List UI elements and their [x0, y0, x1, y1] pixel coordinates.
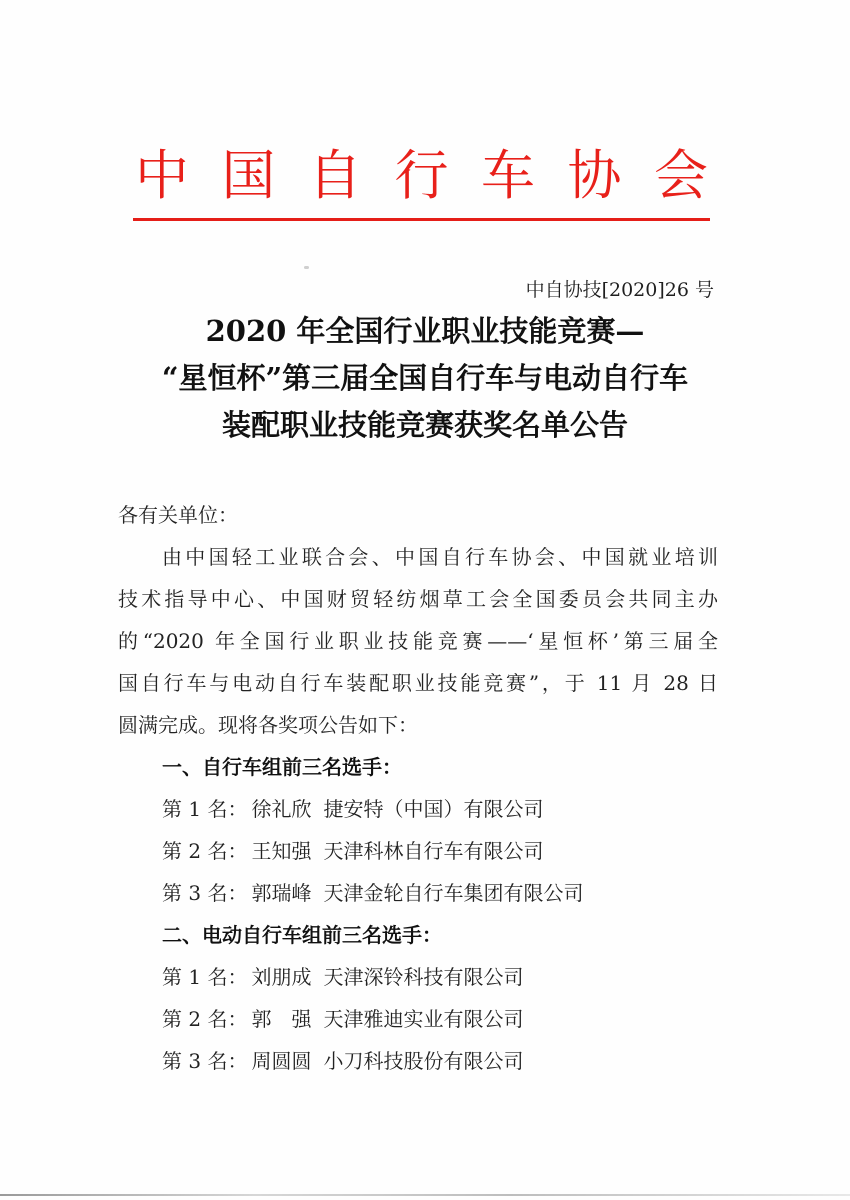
award-rank: 第 2 名：: [162, 998, 247, 1040]
award-company: 天津科林自行车有限公司: [323, 830, 543, 872]
letterhead-char: 协: [566, 138, 624, 214]
letterhead-char: 会: [652, 138, 710, 214]
paragraph-line: 国自行车与电动自行车装配职业技能竞赛”，于 11 月 28 日: [118, 662, 718, 704]
award-row: 第 3 名：周圆圆小刀科技股份有限公司: [118, 1040, 718, 1082]
scan-page-edge: [0, 1194, 850, 1196]
award-row: 第 2 名：王知强天津科林自行车有限公司: [118, 830, 718, 872]
letterhead-char: 国: [220, 138, 278, 214]
award-row: 第 1 名：徐礼欣捷安特（中国）有限公司: [118, 788, 718, 830]
document-body: 各有关单位： 由中国轻工业联合会、中国自行车协会、中国就业培训 技术指导中心、中…: [118, 494, 718, 1082]
document-page: 中 国 自 行 车 协 会 中自协技[2020]26 号 2020 年全国行业职…: [0, 0, 850, 1200]
award-winner-name: 王知强: [251, 830, 315, 872]
paragraph-line: 圆满完成。现将各奖项公告如下：: [118, 704, 718, 746]
award-rank: 第 1 名：: [162, 788, 247, 830]
scan-artifact: [304, 266, 309, 269]
letterhead-char: 车: [479, 138, 537, 214]
document-number: 中自协技[2020]26 号: [526, 276, 714, 304]
award-company: 捷安特（中国）有限公司: [323, 788, 543, 830]
award-row: 第 3 名：郭瑞峰天津金轮自行车集团有限公司: [118, 872, 718, 914]
salutation: 各有关单位：: [118, 494, 718, 536]
award-company: 小刀科技股份有限公司: [323, 1040, 523, 1082]
award-winner-name: 郭 强: [251, 998, 315, 1040]
award-rank: 第 3 名：: [162, 1040, 247, 1082]
letterhead-title: 中 国 自 行 车 协 会: [133, 138, 710, 214]
award-winner-name: 刘朋成: [251, 956, 315, 998]
award-row: 第 1 名：刘朋成天津深铃科技有限公司: [118, 956, 718, 998]
headline-line-2: “星恒杯”第三届全国自行车与电动自行车: [0, 355, 850, 402]
paragraph-line: 由中国轻工业联合会、中国自行车协会、中国就业培训: [118, 536, 718, 578]
paragraph-line: 的“2020 年全国行业职业技能竞赛——‘星恒杯’第三届全: [118, 620, 718, 662]
letterhead-char: 行: [393, 138, 451, 214]
headline-line-1: 2020 年全国行业职业技能竞赛—: [0, 308, 850, 355]
award-row: 第 2 名：郭 强天津雅迪实业有限公司: [118, 998, 718, 1040]
award-company: 天津金轮自行车集团有限公司: [323, 872, 583, 914]
award-rank: 第 3 名：: [162, 872, 247, 914]
section-heading-ebike: 二、电动自行车组前三名选手：: [118, 914, 718, 956]
award-winner-name: 周圆圆: [251, 1040, 315, 1082]
letterhead-char: 中: [133, 138, 191, 214]
letterhead-char: 自: [306, 138, 364, 214]
award-company: 天津雅迪实业有限公司: [323, 998, 523, 1040]
headline-line-3: 装配职业技能竞赛获奖名单公告: [0, 402, 850, 449]
award-rank: 第 2 名：: [162, 830, 247, 872]
document-headline: 2020 年全国行业职业技能竞赛— “星恒杯”第三届全国自行车与电动自行车 装配…: [0, 308, 850, 449]
letterhead-divider: [133, 218, 710, 221]
award-rank: 第 1 名：: [162, 956, 247, 998]
award-winner-name: 郭瑞峰: [251, 872, 315, 914]
section-heading-bicycle: 一、自行车组前三名选手：: [118, 746, 718, 788]
award-company: 天津深铃科技有限公司: [323, 956, 523, 998]
paragraph-line: 技术指导中心、中国财贸轻纺烟草工会全国委员会共同主办: [118, 578, 718, 620]
award-winner-name: 徐礼欣: [251, 788, 315, 830]
